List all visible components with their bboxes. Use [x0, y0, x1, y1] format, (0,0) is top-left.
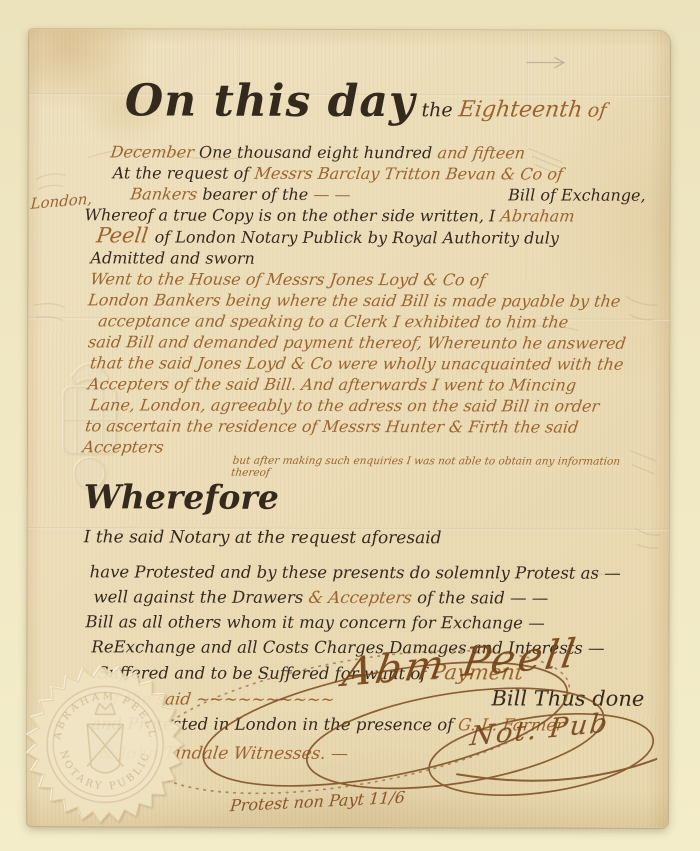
text-segment: Went to the House of Messrs Jones Loyd &…: [89, 268, 487, 290]
doc-line: Bankers bearer of the — — Bill of Exchan…: [131, 183, 646, 205]
doc-line: On this day the Eighteenth of: [125, 75, 646, 136]
text-segment: Bankers: [129, 183, 203, 204]
text-segment: & John Tindale Witnesses. —: [98, 741, 350, 766]
text-segment: of: [579, 85, 610, 137]
text-segment: Lane, London, agreeably to the adress on…: [89, 394, 601, 416]
doc-line: acceptance and speaking to a Clerk I exh…: [98, 310, 645, 332]
text-segment: but after making such enquiries I was no…: [230, 455, 646, 480]
document-text: On this day the Eighteenth ofDecember On…: [27, 29, 670, 828]
doc-line: Wherefore I the said Notary at the reque…: [84, 477, 645, 558]
doc-line: well against the Drawers & Accepters of …: [94, 584, 645, 610]
text-segment: Bill of Exchange,: [508, 184, 646, 205]
doc-line: & John Tindale Witnesses. —: [99, 741, 644, 766]
doc-line: have Protested and by these presents do …: [90, 559, 645, 585]
text-segment: acceptance and speaking to a Clerk I exh…: [97, 310, 570, 332]
text-segment: Peell: [95, 225, 156, 246]
doc-line: that the said Jones Loyd & Co were wholl…: [90, 352, 645, 374]
text-segment: Admitted and sworn: [90, 247, 260, 268]
text-segment: to ascertain the residence of Messrs Hun…: [81, 415, 647, 458]
text-segment: Abraham: [499, 205, 576, 226]
text-segment: that the said Jones Loyd & Co were wholl…: [89, 352, 625, 374]
text-segment: I the said Notary at the request aforesa…: [84, 517, 442, 558]
text-segment: One thousand eight hundred: [199, 142, 437, 164]
text-segment: Bill Thus done: [491, 686, 644, 711]
text-segment: On this day: [125, 75, 416, 128]
text-segment: & Accepters: [307, 585, 419, 610]
doc-line: said Bill and demanded payment thereof, …: [88, 331, 645, 353]
text-segment: said Bill and demanded payment thereof, …: [87, 331, 627, 353]
text-segment: and Protested in London in the presence …: [91, 711, 458, 737]
text-segment: Accepters of the said Bill. And afterwar…: [87, 373, 578, 395]
doc-line: Peell of London Notary Publick by Royal …: [96, 225, 645, 248]
text-segment: of the said: [102, 686, 198, 711]
document-paper: On this day the Eighteenth ofDecember On…: [27, 29, 670, 828]
doc-line: Whereof a true Copy is on the other side…: [85, 204, 646, 226]
text-segment: Wherefore: [84, 477, 291, 518]
text-segment: have Protested and by these presents do …: [90, 559, 621, 585]
text-segment: At the request of: [113, 162, 255, 183]
doc-line: Accepters of the said Bill. And afterwar…: [88, 373, 645, 395]
text-segment: — —: [312, 184, 357, 205]
text-segment: of London Notary Publick by Royal Author…: [155, 226, 559, 248]
text-segment: of the said — —: [417, 585, 548, 610]
doc-line: At the request of Messrs Barclay Tritton…: [113, 162, 646, 184]
scan-background: On this day the Eighteenth ofDecember On…: [0, 0, 700, 851]
text-segment: Bill as all others whom it may concern f…: [85, 609, 544, 635]
text-segment: the: [415, 84, 458, 136]
text-segment: well against the Drawers: [94, 584, 309, 610]
doc-line: to ascertain the residence of Messrs Hun…: [84, 415, 645, 458]
text-segment: Eighteenth: [455, 84, 585, 136]
text-segment: Messrs Barclay Tritton Bevan & Co of: [253, 163, 564, 185]
text-segment: ~~~~~~~~~~: [195, 687, 336, 712]
doc-line: Lane, London, agreeably to the adress on…: [90, 394, 645, 416]
doc-line: London Bankers being where the said Bill…: [88, 289, 645, 311]
doc-line: but after making such enquiries I was no…: [232, 455, 645, 480]
doc-line: Admitted and sworn Went to the House of …: [90, 247, 645, 290]
text-segment: bearer of the: [202, 184, 313, 205]
doc-line: December One thousand eight hundred and …: [111, 141, 646, 163]
text-segment: and fifteen: [436, 142, 526, 163]
text-segment: December: [109, 141, 200, 162]
text-segment: London Bankers being where the said Bill…: [87, 289, 622, 311]
